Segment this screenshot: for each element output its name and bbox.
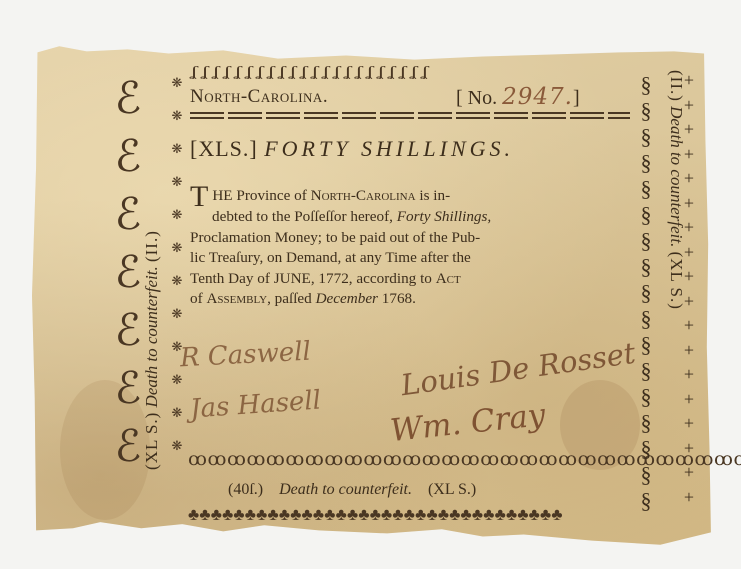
section-icon: § — [636, 124, 656, 150]
body-text-span: debted to the Poſſeſſor hereof, — [212, 208, 397, 225]
cross-icon: + — [682, 264, 696, 289]
cross-icon: + — [682, 215, 696, 240]
star-icon: ❋ — [168, 274, 186, 287]
cross-icon: + — [682, 166, 696, 191]
serial-close-bracket: ] — [573, 87, 580, 109]
section-icon: § — [636, 176, 656, 202]
cross-icon: + — [682, 387, 696, 412]
cross-icon: + — [682, 436, 696, 461]
left-vertical-denomination: (XL S.) — [142, 412, 161, 470]
star-icon: ❋ — [168, 109, 186, 122]
section-icon: § — [636, 306, 656, 332]
body-text-span: , paſſed — [267, 290, 316, 307]
body-text-span: Act — [436, 270, 461, 287]
scroll-ornament: ℰ — [96, 128, 160, 186]
double-rule-bottom — [190, 117, 630, 119]
serial-number-block: [ No. 2947.] — [456, 84, 580, 110]
section-icon: § — [636, 228, 656, 254]
body-line-5: Tenth Day of JUNE, 1772, according to Ac… — [190, 269, 640, 290]
section-icon: § — [636, 202, 656, 228]
left-vertical-text: Death to counterfeit. — [142, 262, 161, 412]
star-ornament-column: ❋ ❋ ❋ ❋ ❋ ❋ ❋ ❋ ❋ ❋ ❋ ❋ — [168, 76, 186, 472]
cross-icon: + — [682, 313, 696, 338]
denomination-words: FORTY SHILLINGS. — [264, 136, 514, 161]
body-text-span: Tenth Day of JUNE, 1772, according to — [190, 270, 436, 287]
cross-icon: + — [682, 117, 696, 142]
footer-inscription: (40ſ.) Death to counterfeit. (XL S.) — [228, 481, 476, 499]
section-icon: § — [636, 254, 656, 280]
star-icon: ❋ — [168, 406, 186, 419]
cross-icon: + — [682, 68, 696, 93]
body-text-span: Forty Shillings, — [397, 208, 492, 225]
section-icon: § — [636, 410, 656, 436]
left-vertical-mark: (II.) — [142, 230, 161, 262]
serial-open-bracket: [ No. — [456, 87, 497, 109]
drop-cap: T — [190, 180, 208, 213]
section-mark-column: § § § § § § § § § § § § § § § § § — [636, 72, 656, 514]
body-text-span: HE Province of — [212, 187, 310, 204]
footer-left-value: (40ſ.) — [228, 481, 263, 498]
cross-icon: + — [682, 411, 696, 436]
star-icon: ❋ — [168, 373, 186, 386]
section-icon: § — [636, 280, 656, 306]
star-icon: ❋ — [168, 142, 186, 155]
ornament-border-lower: ♣♣♣♣♣♣♣♣♣♣♣♣♣♣♣♣♣♣♣♣♣♣♣♣♣♣♣♣♣♣♣♣♣ — [188, 505, 563, 525]
body-text-span: North-Carolina — [311, 187, 416, 204]
cross-icon: + — [682, 362, 696, 387]
body-text-span: December — [316, 290, 378, 307]
section-icon: § — [636, 150, 656, 176]
star-icon: ❋ — [168, 439, 186, 452]
top-swash-border: ʆʆʆʆʆʆʆʆʆʆʆʆʆʆʆʆʆʆʆʆʆʆ — [190, 64, 432, 80]
section-icon: § — [636, 488, 656, 514]
cross-icon: + — [682, 142, 696, 167]
star-icon: ❋ — [168, 241, 186, 254]
body-text-span: Assembly — [206, 290, 267, 307]
star-icon: ❋ — [168, 76, 186, 89]
left-vertical-inscription: (XL S.) Death to counterfeit. (II.) — [142, 230, 162, 470]
double-rule-top — [190, 112, 630, 114]
section-icon: § — [636, 462, 656, 488]
section-icon: § — [636, 358, 656, 384]
body-text-span: of — [190, 290, 206, 307]
body-line-2: debted to the Poſſeſſor hereof, Forty Sh… — [190, 207, 640, 228]
cross-icon: + — [682, 338, 696, 363]
footer-right-value: (XL S.) — [428, 481, 476, 498]
cross-icon: + — [682, 460, 696, 485]
cross-icon: + — [682, 240, 696, 265]
denomination-roman: [XLS.] — [190, 136, 258, 161]
serial-number: 2947. — [502, 84, 573, 110]
footer-warning: Death to counterfeit. — [279, 481, 412, 498]
star-icon: ❋ — [168, 208, 186, 221]
section-icon: § — [636, 72, 656, 98]
section-icon: § — [636, 436, 656, 462]
province-heading: North-Carolina. — [190, 86, 328, 108]
body-line-3: Proclamation Money; to be paid out of th… — [190, 228, 640, 249]
denomination-title: [XLS.] FORTY SHILLINGS. — [190, 136, 514, 162]
body-text-span: 1768. — [378, 290, 416, 307]
star-icon: ❋ — [168, 175, 186, 188]
cross-icon: + — [682, 485, 696, 510]
ornament-border-upper: ꝏꝏꝏꝏꝏꝏꝏꝏꝏꝏꝏꝏꝏꝏꝏꝏꝏꝏꝏꝏꝏꝏꝏꝏꝏꝏꝏꝏꝏꝏꝏꝏꝏꝏꝏꝏ — [188, 448, 741, 471]
cross-icon: + — [682, 93, 696, 118]
section-icon: § — [636, 332, 656, 358]
body-line-1: THE Province of North-Carolina is in- — [190, 186, 640, 207]
body-text-span: is in- — [416, 187, 451, 204]
cross-mark-column: + + + + + + + + + + + + + + + + + + — [682, 68, 696, 509]
scroll-ornament: ℰ — [96, 70, 160, 128]
section-icon: § — [636, 98, 656, 124]
body-line-4: lic Treaſury, on Demand, at any Time aft… — [190, 248, 640, 269]
cross-icon: + — [682, 191, 696, 216]
star-icon: ❋ — [168, 307, 186, 320]
section-icon: § — [636, 384, 656, 410]
body-line-6: of Assembly, paſſed December 1768. — [190, 289, 640, 310]
cross-icon: + — [682, 289, 696, 314]
promissory-text: THE Province of North-Carolina is in- de… — [190, 186, 640, 310]
